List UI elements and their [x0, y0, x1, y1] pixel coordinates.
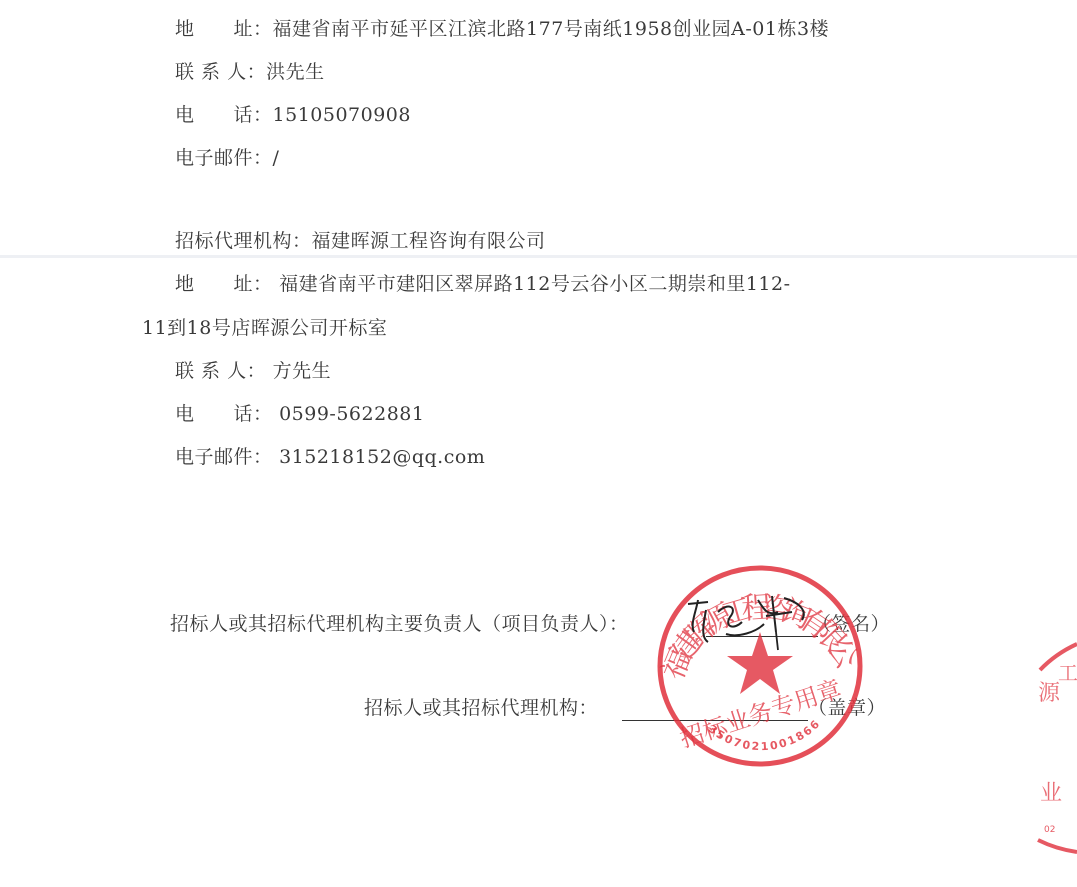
tenderer-phone-row: 电 话：15105070908: [175, 103, 411, 127]
tenderer-email-row: 电子邮件：/: [175, 146, 279, 170]
agency-address-row: 地 址： 福建省南平市建阳区翠屏路112号云谷小区二期崇和里112-: [175, 272, 791, 296]
address-label: 地 址：: [175, 272, 273, 296]
agency-name: 福建晖源工程咨询有限公司: [312, 229, 546, 253]
org-seal-row: 招标人或其招标代理机构：: [364, 696, 598, 720]
phone-label: 电 话：: [175, 103, 273, 127]
org-label: 招标人或其招标代理机构：: [364, 697, 598, 719]
principal-signature-row: 招标人或其招标代理机构主要负责人（项目负责人）：: [170, 612, 629, 636]
phone-label: 电 话：: [175, 402, 273, 426]
agency-phone-row: 电 话： 0599-5622881: [175, 402, 424, 426]
agency-contact-row: 联 系 人： 方先生: [175, 359, 331, 383]
page-divider: [0, 255, 1077, 258]
handwritten-signature: [668, 582, 828, 652]
svg-text:工: 工: [1058, 661, 1077, 685]
svg-text:业: 业: [1040, 781, 1062, 806]
agency-address-line2: 11到18号店晖源公司开标室: [142, 316, 387, 340]
agency-address-continuation: 11到18号店晖源公司开标室: [142, 316, 387, 340]
agency-email: 315218152@qq.com: [279, 445, 485, 469]
principal-label: 招标人或其招标代理机构主要负责人（项目负责人）：: [170, 613, 629, 635]
address-label: 地 址：: [175, 17, 273, 41]
agency-contact: 方先生: [273, 359, 332, 383]
agency-name-row: 招标代理机构：福建晖源工程咨询有限公司: [175, 229, 546, 253]
agency-phone: 0599-5622881: [279, 402, 424, 426]
agency-address-line1: 福建省南平市建阳区翠屏路112号云谷小区二期崇和里112-: [279, 272, 790, 296]
email-label: 电子邮件：: [175, 146, 273, 170]
tenderer-contact: 洪先生: [266, 60, 325, 84]
partial-edge-stamp: 源 工 业 02: [1030, 640, 1077, 855]
email-label: 电子邮件：: [175, 445, 273, 469]
contact-label: 联 系 人：: [175, 60, 266, 84]
tenderer-email: /: [273, 146, 280, 170]
agency-email-row: 电子邮件： 315218152@qq.com: [175, 445, 485, 469]
svg-text:02: 02: [1044, 825, 1055, 835]
contact-label: 联 系 人：: [175, 359, 266, 383]
tenderer-contact-row: 联 系 人：洪先生: [175, 60, 325, 84]
agency-name-label: 招标代理机构：: [175, 229, 312, 253]
tenderer-phone: 15105070908: [273, 103, 411, 127]
tenderer-address: 福建省南平市延平区江滨北路177号南纸1958创业园A-01栋3楼: [273, 17, 830, 41]
tenderer-address-row: 地 址：福建省南平市延平区江滨北路177号南纸1958创业园A-01栋3楼: [175, 17, 829, 41]
